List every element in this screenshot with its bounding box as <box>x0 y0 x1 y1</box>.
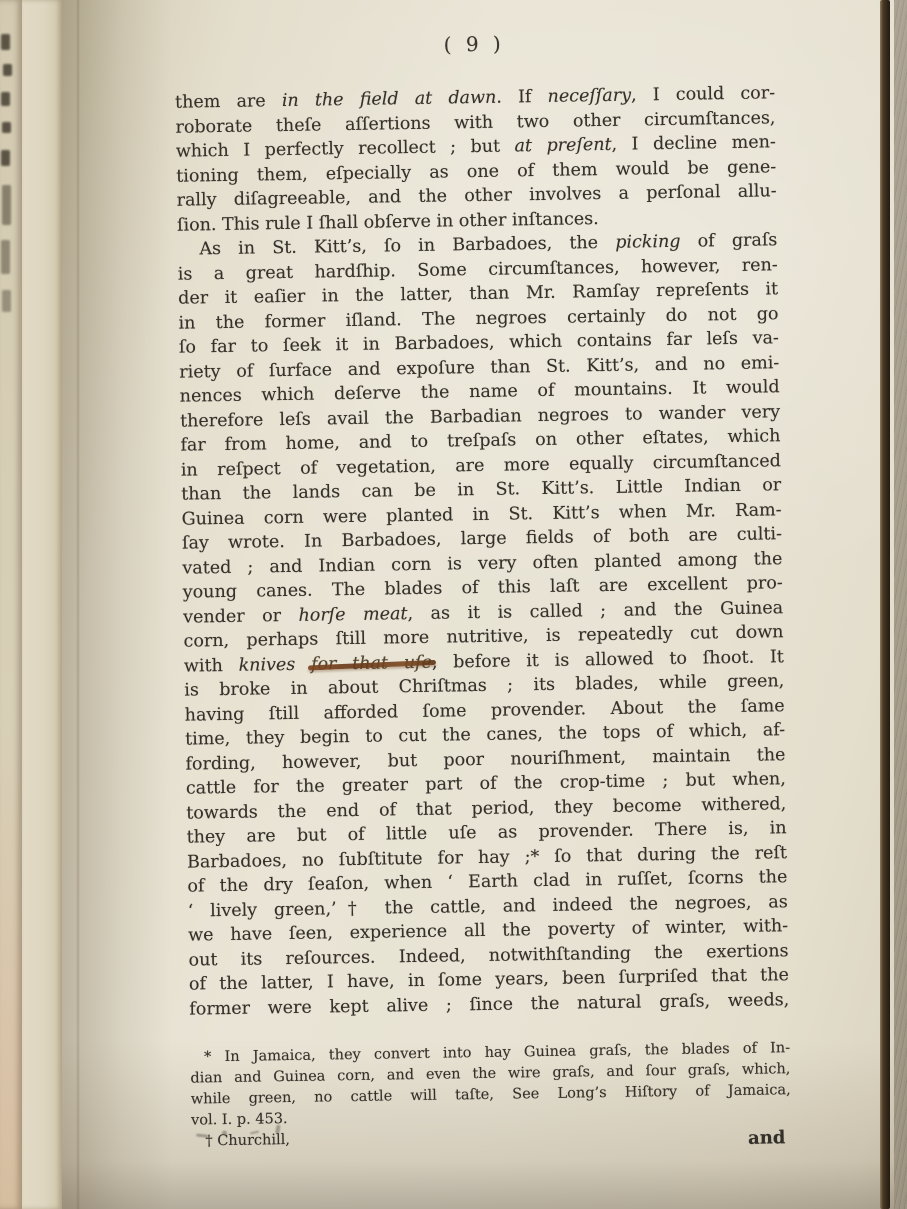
text-segment: As in St. Kitt’s, ſo in Barbadoes, the <box>199 233 615 260</box>
text-segment: in the field at dawn <box>282 88 497 111</box>
paragraph: them are in the field at dawn. If neceſſ… <box>175 81 777 237</box>
page-edge-marks <box>3 64 12 76</box>
page-edge-marks <box>2 185 11 225</box>
text-segment: . If <box>496 87 548 108</box>
text-segment: , before it is allowed to ſhoot. It <box>432 647 784 673</box>
text-segment: , as it is called ; and the Guinea <box>407 598 783 624</box>
page-edge-marks <box>2 122 11 133</box>
page-crease <box>76 0 80 1209</box>
text-segment: horſe meat <box>298 604 407 626</box>
text-segment: , I could cor- <box>631 83 775 105</box>
page-edge-left-outer <box>0 0 22 1209</box>
page-edge-left-inner <box>22 0 62 1209</box>
text-segment: knives <box>238 654 295 675</box>
text-segment: , I decline men- <box>611 132 776 155</box>
page-edge-marks <box>1 92 10 106</box>
body-text: them are in the field at dawn. If neceſſ… <box>175 81 790 1021</box>
ink-strikethrough: for that uſe <box>311 652 432 674</box>
page-edge-marks <box>1 240 10 274</box>
text-segment: picking <box>615 232 681 253</box>
text-segment <box>295 654 311 674</box>
text-segment: neceſſary <box>547 86 631 107</box>
paragraph: As in St. Kitt’s, ſo in Barbadoes, the p… <box>177 228 789 1021</box>
printed-text-block: ( 9 ) them are in the field at dawn. If … <box>174 25 792 1157</box>
text-segment: them are <box>175 91 282 113</box>
text-segment: with <box>184 655 239 676</box>
text-segment: which I perfectly recollect ; but <box>176 136 515 161</box>
page-edge-marks <box>2 290 11 312</box>
text-segment: of graſs <box>680 230 777 252</box>
book-edge-right <box>880 0 890 1209</box>
book-photo: ( 9 ) them are in the field at dawn. If … <box>0 0 907 1209</box>
page-number: ( 9 ) <box>174 25 774 62</box>
book-page: ( 9 ) them are in the field at dawn. If … <box>62 0 894 1209</box>
page-edge-marks <box>1 34 10 50</box>
text-segment: at preſent <box>514 135 611 157</box>
text-segment: vender or <box>183 605 299 627</box>
page-edge-marks <box>1 150 10 166</box>
